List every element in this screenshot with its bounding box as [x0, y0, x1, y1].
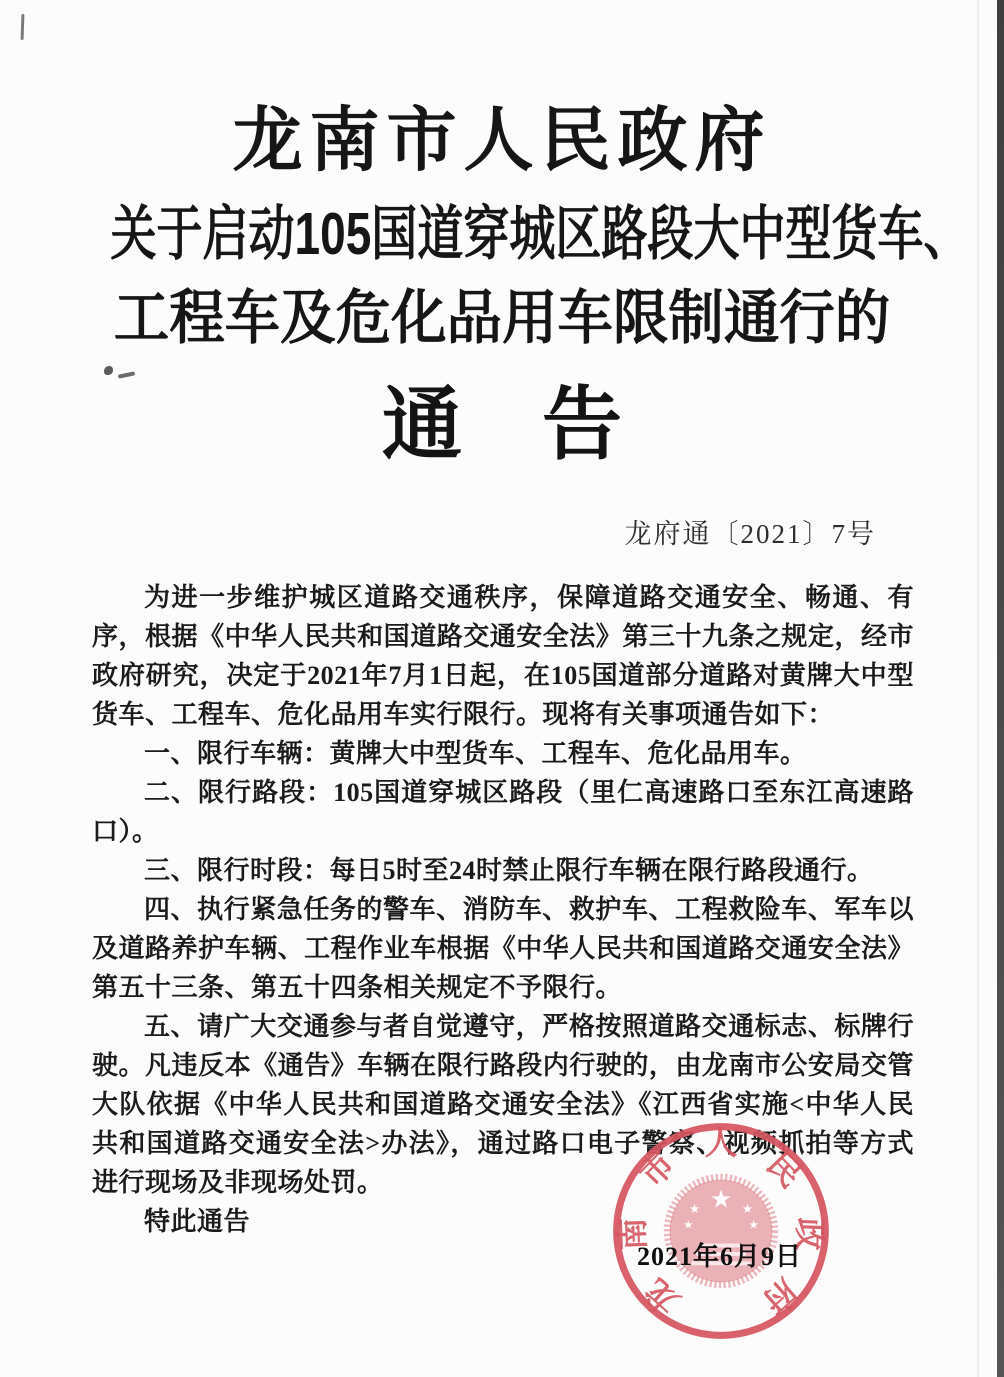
notice-title-line-2: 工程车及危化品用车限制通行的 [30, 276, 974, 360]
notice-item-4: 四、执行紧急任务的警车、消防车、救护车、工程救险车、军车以及道路养护车辆、工程作… [92, 890, 914, 1007]
seal-char: 市 [633, 1145, 682, 1194]
ink-mark [21, 14, 25, 40]
emblem-star-icon: ★ [748, 1218, 758, 1231]
official-seal: ★ ★ ★ ★ ★ 龙 南 市 人 民 政 府 [612, 1122, 830, 1340]
scan-fold-line [977, 0, 979, 1377]
seal-date: 2021年6月9日 [637, 1236, 802, 1273]
scan-edge-band [997, 0, 1004, 1377]
notice-title-line-1: 关于启动105国道穿城区路段大中型货车、 [110, 192, 893, 276]
emblem-star-icon: ★ [689, 1202, 700, 1216]
emblem-star-icon: ★ [710, 1186, 732, 1213]
issuer-title: 龙南市人民政府 [0, 88, 1004, 192]
notice-item-2: 二、限行路段：105国道穿城区路段（里仁高速路口至东江高速路口）。 [92, 773, 914, 851]
notice-item-1: 一、限行车辆：黄牌大中型货车、工程车、危化品用车。 [92, 734, 914, 773]
intro-paragraph: 为进一步维护城区道路交通秩序，保障道路交通安全、畅通、有序，根据《中华人民共和国… [92, 578, 914, 734]
emblem-star-icon: ★ [742, 1202, 753, 1216]
doc-type-title: 通 告 [0, 374, 1004, 478]
seal-char: 府 [755, 1271, 804, 1320]
notice-document-page: 龙南市人民政府 关于启动105国道穿城区路段大中型货车、 工程车及危化品用车限制… [0, 0, 1004, 1377]
emblem-star-icon: ★ [683, 1218, 693, 1231]
notice-item-3: 三、限行时段：每日5时至24时禁止限行车辆在限行路段通行。 [92, 851, 914, 890]
seal-char: 民 [759, 1145, 808, 1194]
seal-char: 人 [705, 1126, 738, 1162]
doc-number: 龙府通〔2021〕7号 [0, 516, 1004, 552]
seal-char: 龙 [638, 1271, 687, 1321]
ink-mark [104, 366, 113, 375]
